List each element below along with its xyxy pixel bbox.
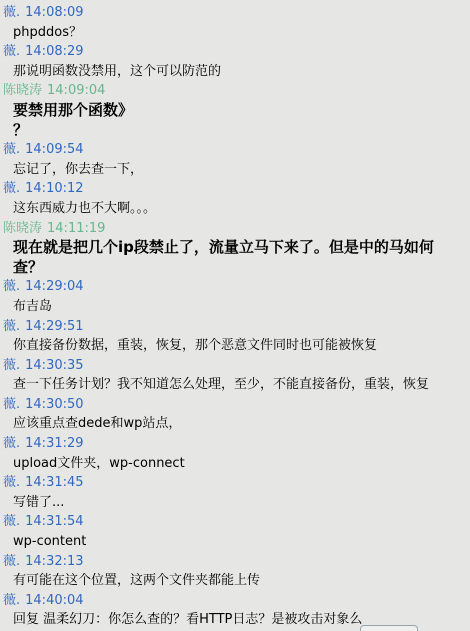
message-time: 14:31:54 (25, 514, 83, 529)
message-header: 陈晓涛14:11:19 (0, 219, 470, 239)
sender-name[interactable]: 薇. (3, 181, 20, 196)
sender-name[interactable]: 薇. (3, 319, 20, 334)
message-text: 要禁用那个函数》 ？ (0, 101, 470, 140)
message-time: 14:09:04 (47, 83, 105, 98)
message-time: 14:08:09 (25, 5, 83, 20)
message-group-2: 陈晓涛14:09:04 要禁用那个函数》 ？ (0, 81, 470, 140)
sender-name[interactable]: 薇. (3, 142, 20, 157)
sender-name[interactable]: 陈晓涛 (3, 221, 42, 236)
sender-name[interactable]: 薇. (3, 397, 20, 412)
message-header: 薇.14:32:13 (0, 552, 470, 572)
sender-name[interactable]: 薇. (3, 514, 20, 529)
message-group-5: 陈晓涛14:11:19 现在就是把几个ip段禁止了，流量立马下来了。但是中的马如… (0, 219, 470, 278)
message-text: wp-content (0, 532, 470, 552)
message-header: 陈晓涛14:09:04 (0, 81, 470, 101)
message-text: 查一下任务计划？我不知道怎么处理，至少，不能直接备份，重装，恢复 (0, 375, 470, 395)
message-time: 14:08:29 (25, 44, 83, 59)
sender-name[interactable]: 薇. (3, 554, 20, 569)
sender-name[interactable]: 薇. (3, 475, 20, 490)
message-header: 薇.14:08:09 (0, 3, 470, 23)
message-group-9: 薇.14:30:50 应该重点查dede和wp站点， (0, 395, 470, 434)
sender-name[interactable]: 薇. (3, 5, 20, 20)
message-time: 14:29:51 (25, 319, 83, 334)
message-time: 14:30:35 (25, 358, 83, 373)
chat-window: { "window": { "background": "#e6e6e4" },… (0, 0, 470, 631)
message-time: 14:31:45 (25, 475, 83, 490)
message-group-4: 薇.14:10:12 这东西威力也不大啊。。。 (0, 179, 470, 218)
message-group-12: 薇.14:31:54 wp-content (0, 512, 470, 551)
message-text: 应该重点查dede和wp站点， (0, 414, 470, 434)
message-header: 薇.14:08:29 (0, 42, 470, 62)
chat-log[interactable]: 薇.14:08:09 phpddos？ 薇.14:08:29 那说明函数没禁用，… (0, 0, 470, 631)
message-time: 14:31:29 (25, 436, 83, 451)
message-header: 薇.14:30:50 (0, 395, 470, 415)
message-header: 薇.14:30:35 (0, 356, 470, 376)
cutoff-button-edge[interactable] (360, 625, 418, 631)
message-time: 14:09:54 (25, 142, 83, 157)
message-group-6: 薇.14:29:04 布吉岛 (0, 277, 470, 316)
message-text: 忘记了，你去查一下， (0, 160, 470, 180)
message-header: 薇.14:31:29 (0, 434, 470, 454)
message-time: 14:29:04 (25, 279, 83, 294)
sender-name[interactable]: 陈晓涛 (3, 83, 42, 98)
message-time: 14:32:13 (25, 554, 83, 569)
message-header: 薇.14:29:04 (0, 277, 470, 297)
message-header: 薇.14:40:04 (0, 591, 470, 611)
message-group-10: 薇.14:31:29 upload文件夹，wp-connect (0, 434, 470, 473)
sender-name[interactable]: 薇. (3, 593, 20, 608)
message-group-7: 薇.14:29:51 你直接备份数据，重装，恢复，那个恶意文件同时也可能被恢复 (0, 317, 470, 356)
message-header: 薇.14:31:54 (0, 512, 470, 532)
message-text: phpddos？ (0, 23, 470, 43)
message-header: 薇.14:31:45 (0, 473, 470, 493)
sender-name[interactable]: 薇. (3, 279, 20, 294)
message-text: 现在就是把几个ip段禁止了，流量立马下来了。但是中的马如何 查？ (0, 238, 470, 277)
message-text: 那说明函数没禁用，这个可以防范的 (0, 62, 470, 82)
message-text: 你直接备份数据，重装，恢复，那个恶意文件同时也可能被恢复 (0, 336, 470, 356)
sender-name[interactable]: 薇. (3, 358, 20, 373)
message-text: 布吉岛 (0, 297, 470, 317)
message-header: 薇.14:10:12 (0, 179, 470, 199)
message-text: upload文件夹，wp-connect (0, 454, 470, 474)
sender-name[interactable]: 薇. (3, 44, 20, 59)
message-header: 薇.14:29:51 (0, 317, 470, 337)
message-time: 14:40:04 (25, 593, 83, 608)
message-group-3: 薇.14:09:54 忘记了，你去查一下， (0, 140, 470, 179)
message-time: 14:10:12 (25, 181, 83, 196)
message-group-8: 薇.14:30:35 查一下任务计划？我不知道怎么处理，至少，不能直接备份，重装… (0, 356, 470, 395)
message-text: 写错了... (0, 493, 470, 513)
sender-name[interactable]: 薇. (3, 436, 20, 451)
message-header: 薇.14:09:54 (0, 140, 470, 160)
message-group-0: 薇.14:08:09 phpddos？ (0, 3, 470, 42)
message-group-13: 薇.14:32:13 有可能在这个位置，这两个文件夹都能上传 (0, 552, 470, 591)
message-text: 这东西威力也不大啊。。。 (0, 199, 470, 219)
message-group-1: 薇.14:08:29 那说明函数没禁用，这个可以防范的 (0, 42, 470, 81)
message-group-11: 薇.14:31:45 写错了... (0, 473, 470, 512)
message-text: 有可能在这个位置，这两个文件夹都能上传 (0, 571, 470, 591)
message-time: 14:11:19 (47, 221, 105, 236)
message-time: 14:30:50 (25, 397, 83, 412)
